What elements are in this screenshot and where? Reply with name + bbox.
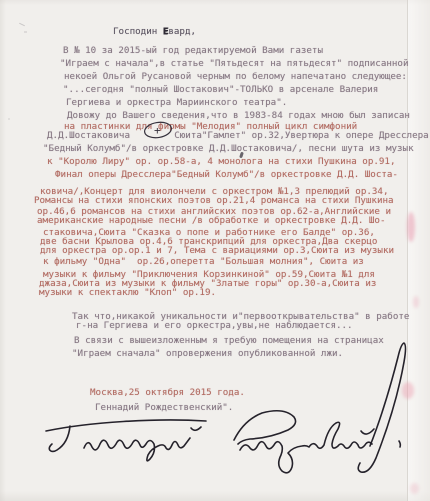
pink-smudge xyxy=(407,212,415,242)
typed-line: Довожу до Вашего сведения,что в 1983-84 … xyxy=(67,111,410,121)
typed-line: американские народные песни /в обработке… xyxy=(37,216,385,226)
pink-smudge xyxy=(413,296,419,308)
scan-speck xyxy=(8,118,10,120)
typed-line: "Играем с начала",в статье "Пятьдесят на… xyxy=(60,59,408,69)
paper-right-edge xyxy=(407,0,430,501)
scanned-letter-page: Господин Евард, В № 10 за 2015-ый год ре… xyxy=(0,0,430,501)
typed-line: В № 10 за 2015-ый год редактируемой Вами… xyxy=(63,46,323,56)
scan-speck xyxy=(24,31,27,33)
pink-smudge xyxy=(410,483,419,494)
salutation-line: Господин Евард, xyxy=(113,26,196,37)
typed-line: Д.Д.Шостаковича Сюита"Гамлет" ор.32,Увер… xyxy=(47,131,429,141)
typed-line: к фильму "Одна" ор.26,оперетта "Большая … xyxy=(43,257,364,267)
typed-line: Финал оперы Дресслера"Бедный Колумб"/в о… xyxy=(55,170,398,180)
typed-line: Романсы на стихи японских поэтов ор.21,4… xyxy=(34,196,394,206)
typed-line: "Бедный Колумб"/в оркестровке Д.Д.Шостак… xyxy=(43,144,414,154)
salutation-rest: вард, xyxy=(168,26,196,37)
typed-line: Москва,25 октября 2015 года. xyxy=(90,388,245,398)
typed-line: В связи с вышеизложенным я требую помеще… xyxy=(74,336,384,346)
typed-line: музыки к спектаклю "Клоп" ор.19. xyxy=(39,288,216,298)
scan-speck xyxy=(19,23,25,26)
salutation-prefix: Господин xyxy=(113,26,163,37)
typed-line: "Играем сначала" опровержения опубликова… xyxy=(72,349,343,359)
typed-line: к "Королю Лиру" ор. ор.58-а, 4 монолога … xyxy=(47,157,395,167)
typed-line: г-на Гергиева и его оркестра,увы,не набл… xyxy=(76,321,353,331)
pink-smudge xyxy=(402,382,414,399)
typed-line: Гергиева и оркестра Мариинского театра". xyxy=(66,98,287,108)
typed-line: некоей Ольгой Русановой черным по белому… xyxy=(64,72,407,82)
signature-name-text: Геннадий Рождественский. xyxy=(0,0,1,1)
typed-line: Геннадий Рождественский". xyxy=(95,403,233,413)
typed-line: "...сегодня "полный Шостакович"-ТОЛЬКО в… xyxy=(63,85,378,95)
typed-line: для оркестра ор.ор.1 и 7, Тема с вариаци… xyxy=(40,246,394,256)
